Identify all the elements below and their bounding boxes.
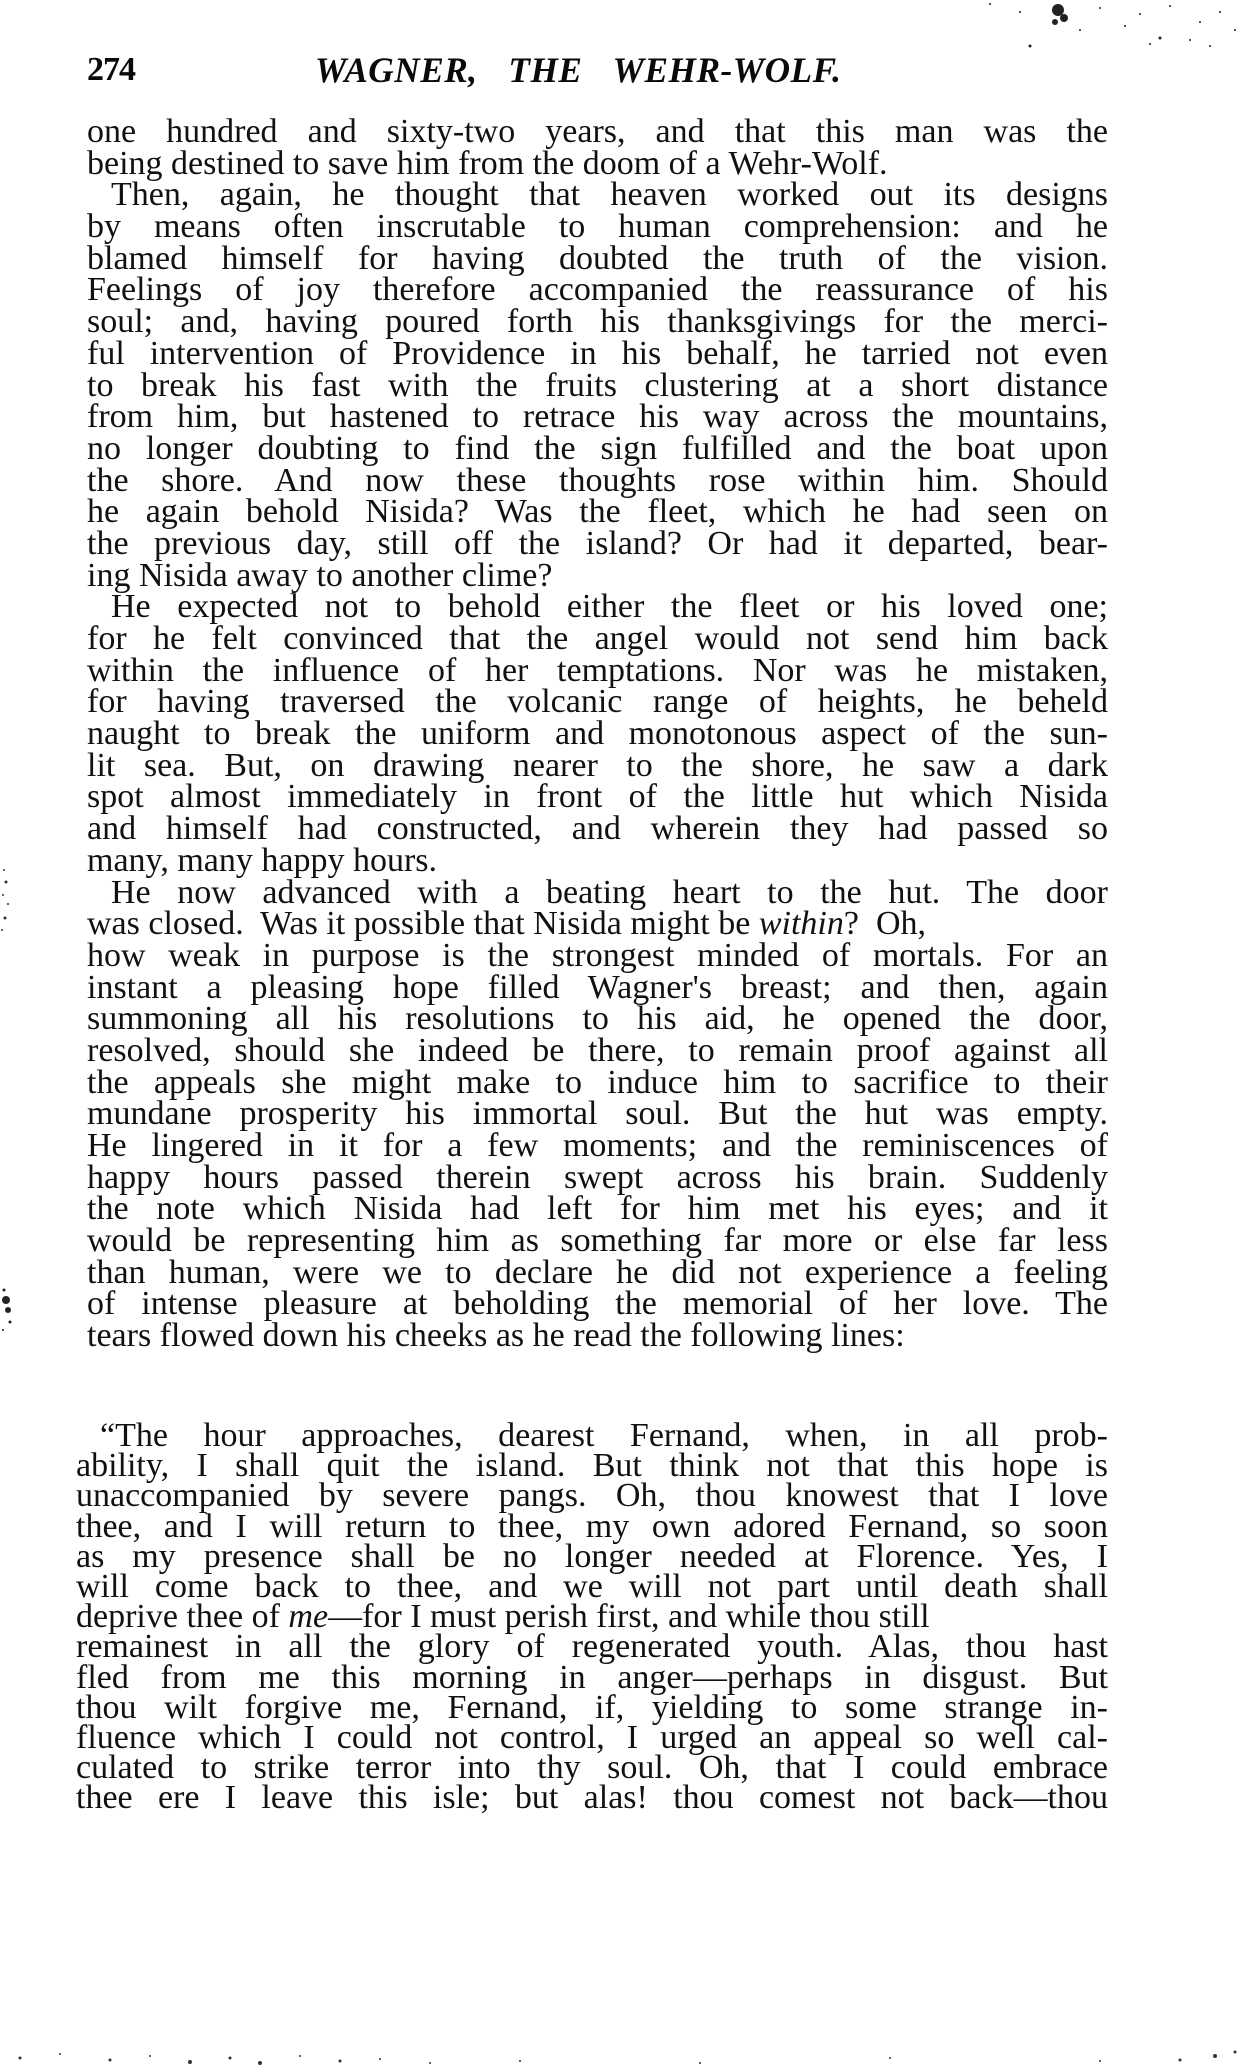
text-line: mundane prosperity his immortal soul. Bu… [87,1098,1108,1130]
book-page: 274 WAGNER, THE WEHR-WOLF. one hundred a… [0,0,1243,2066]
text-line: would be representing him as something f… [87,1225,1108,1257]
text-line: naught to break the uniform and monotono… [87,718,1108,750]
page-number: 274 [87,50,135,90]
scan-noise-left-margin-lower [0,1280,22,1340]
text-line: instant a pleasing hope filled Wagner's … [87,972,1108,1004]
text-line: the note which Nisida had left for him m… [87,1193,1108,1225]
text-line: no longer doubting to find the sign fulf… [87,433,1108,465]
text-line: by means often inscrutable to human comp… [87,211,1108,243]
text-line: thee ere I leave this isle; but alas! th… [76,1783,1108,1813]
text-line: how weak in purpose is the strongest min… [87,940,1108,972]
text-line: soul; and, having poured forth his thank… [87,306,1108,338]
text-line: tears flowed down his cheeks as he read … [87,1320,1108,1352]
paragraph-start-line: Then, again, he thought that heaven work… [87,179,1108,211]
italic-word-within: within [759,908,844,940]
main-text-block: one hundred and sixty-two years, and tha… [87,116,1108,1352]
paragraph-start-line: He expected not to behold either the fle… [87,591,1108,623]
text-line: remainest in all the glory of regenerate… [76,1632,1108,1662]
running-title: WAGNER, THE WEHR-WOLF. [315,50,841,90]
running-header: 274 WAGNER, THE WEHR-WOLF. [87,50,917,92]
text-line: summoning all his resolutions to his aid… [87,1003,1108,1035]
text-line: the previous day, still off the island? … [87,528,1108,560]
text-line: within the influence of her temptations.… [87,655,1108,687]
text-line: the appeals she might make to induce him… [87,1067,1108,1099]
scan-noise-left-margin-upper [0,860,20,950]
text-line: from him, but hastened to retrace his wa… [87,401,1108,433]
scan-noise-top-right [960,0,1243,60]
text-line: ing Nisida away to another clime? [87,560,1108,592]
text-segment: ? Oh, [844,908,926,940]
text-line: resolved, should she indeed be there, to… [87,1035,1108,1067]
paragraph-start-line: He now advanced with a beating heart to … [87,877,1108,909]
text-line: and himself had constructed, and wherein… [87,813,1108,845]
text-line: for he felt convinced that the angel wou… [87,623,1108,655]
text-line-with-italic: was closed. Was it possible that Nisida … [87,908,1108,940]
text-line: ful intervention of Providence in his be… [87,338,1108,370]
text-line: of intense pleasure at beholding the mem… [87,1288,1108,1320]
text-line: He lingered in it for a few moments; and… [87,1130,1108,1162]
text-line: the shore. And now these thoughts rose w… [87,465,1108,497]
text-line: being destined to save him from the doom… [87,148,1108,180]
text-line: than human, were we to declare he did no… [87,1257,1108,1289]
text-line: lit sea. But, on drawing nearer to the s… [87,750,1108,782]
text-line: one hundred and sixty-two years, and tha… [87,116,1108,148]
text-line: spot almost immediately in front of the … [87,781,1108,813]
text-line: to break his fast with the fruits cluste… [87,370,1108,402]
scan-noise-bottom-edge [0,2030,1243,2066]
text-line: blamed himself for having doubted the tr… [87,243,1108,275]
text-line: many, many happy hours. [87,845,1108,877]
quoted-note-block: “The hour approaches, dearest Fernand, w… [76,1421,1108,1813]
text-line: happy hours passed therein swept across … [87,1162,1108,1194]
text-line: for having traversed the volcanic range … [87,686,1108,718]
text-line: he again behold Nisida? Was the fleet, w… [87,496,1108,528]
text-line: Feelings of joy therefore accompanied th… [87,274,1108,306]
text-segment: was closed. Was it possible that Nisida … [87,908,759,940]
